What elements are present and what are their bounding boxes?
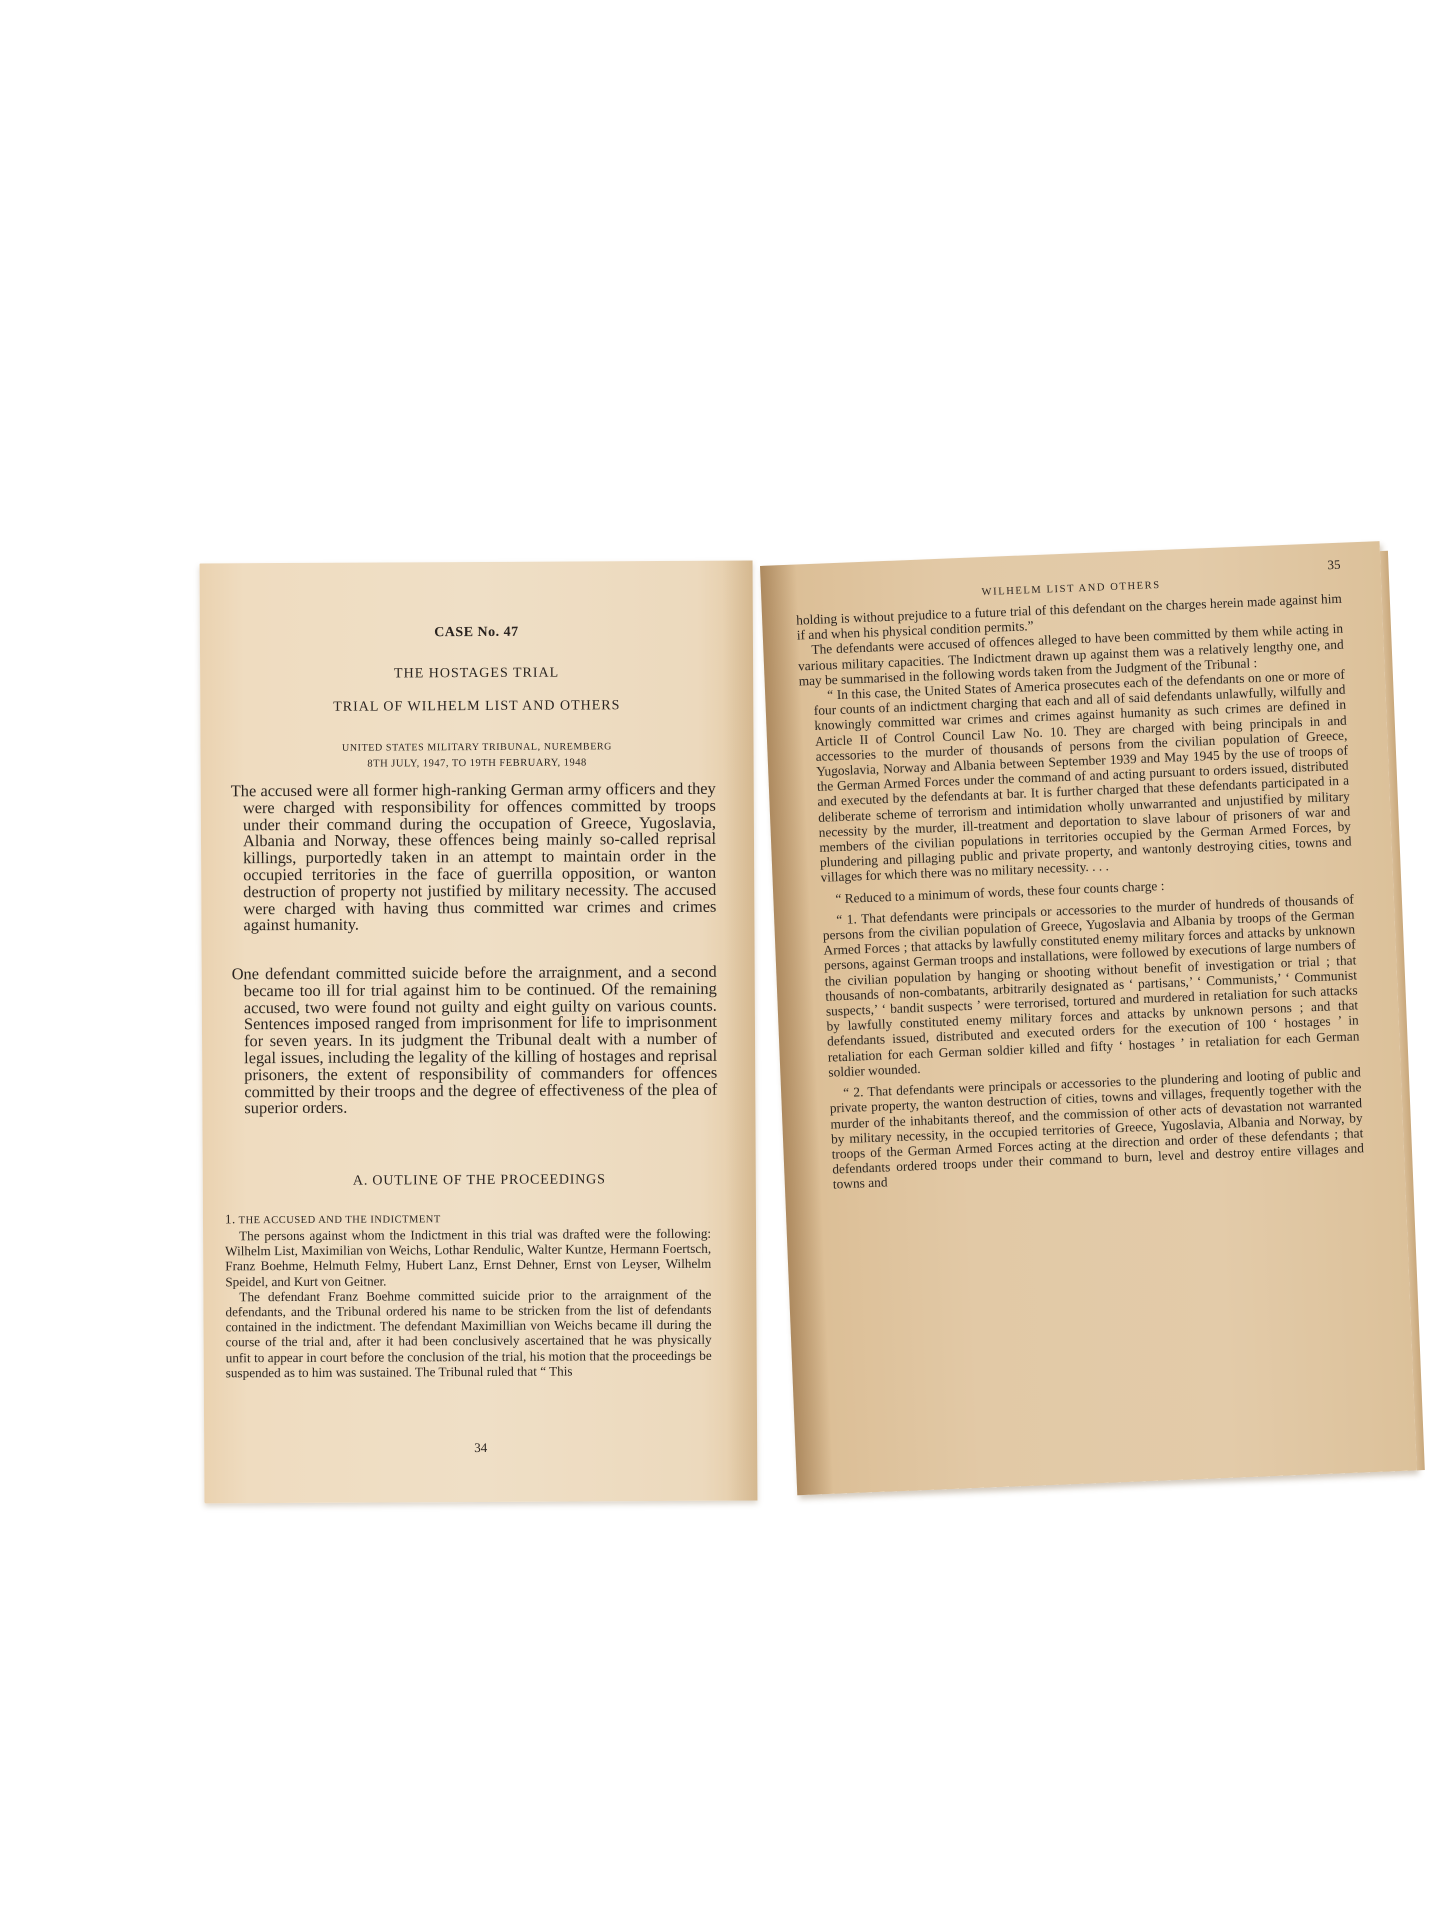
page-number: 34 (204, 1439, 757, 1458)
summary-text: The accused were all former high-ranking… (231, 781, 717, 935)
subsection-heading: 1. THE ACCUSED AND THE INDICTMENT (225, 1210, 441, 1227)
tribunal-line: UNITED STATES MILITARY TRIBUNAL, NUREMBE… (200, 741, 753, 755)
open-book: CASE No. 47 THE HOSTAGES TRIAL TRIAL OF … (0, 0, 1440, 1920)
trial-dates: 8TH JULY, 1947, TO 19TH FEBRUARY, 1948 (201, 757, 754, 771)
right-body-text: holding is without prejudice to a future… (796, 591, 1365, 1193)
summary-paragraph-2: One defendant committed suicide before t… (232, 964, 718, 1118)
case-number: CASE No. 47 (200, 624, 753, 643)
document-subtitle: TRIAL OF WILHELM LIST AND OTHERS (200, 698, 753, 717)
left-body-text: The persons against whom the Indictment … (225, 1226, 712, 1381)
right-page: 35 WILHELM LIST AND OTHERS holding is wi… (760, 541, 1417, 1495)
document-title: THE HOSTAGES TRIAL (200, 665, 753, 684)
body-paragraph: The persons against whom the Indictment … (225, 1226, 711, 1289)
left-page: CASE No. 47 THE HOSTAGES TRIAL TRIAL OF … (200, 561, 758, 1504)
summary-text: One defendant committed suicide before t… (232, 964, 718, 1118)
subsection-number: 1. (225, 1211, 236, 1226)
body-paragraph: The defendant Franz Boehme committed sui… (225, 1287, 711, 1381)
count-1-paragraph: “ 1. That defendants were principals or … (808, 891, 1360, 1080)
section-heading: A. OUTLINE OF THE PROCEEDINGS (203, 1172, 756, 1191)
quoted-paragraph: “ In this case, the United States of Ame… (799, 667, 1352, 886)
summary-paragraph-1: The accused were all former high-ranking… (231, 781, 717, 935)
subsection-title: THE ACCUSED AND THE INDICTMENT (239, 1214, 441, 1226)
page-edge-stack (1380, 551, 1425, 1471)
count-2-paragraph: “ 2. That defendants were principals or … (815, 1064, 1365, 1192)
page-number: 35 (1327, 557, 1341, 574)
